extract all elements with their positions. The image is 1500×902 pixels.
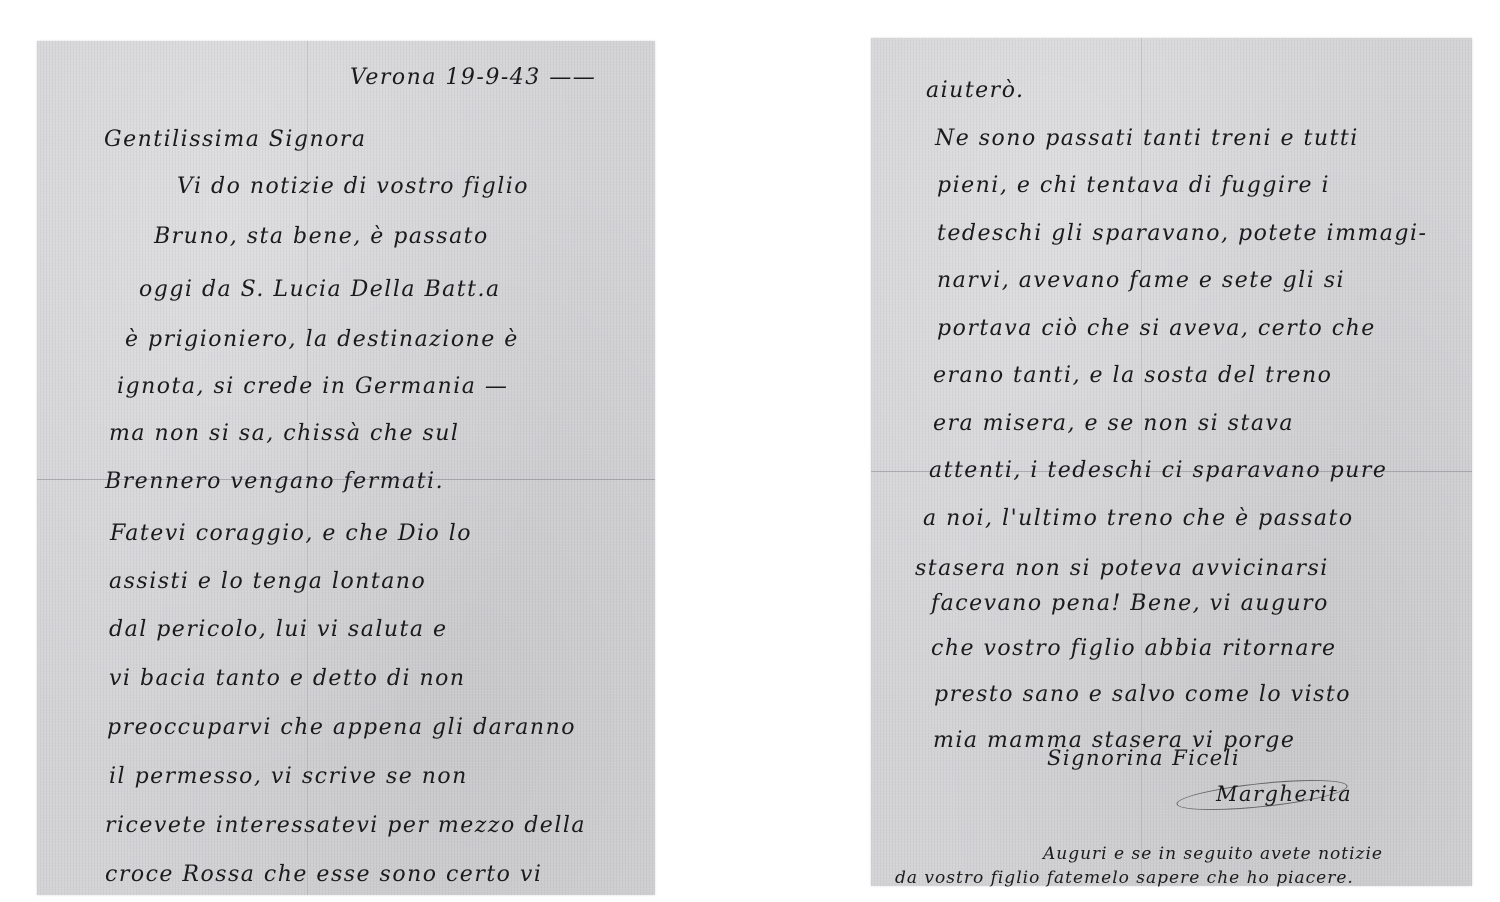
letter-line: ignota, si crede in Germania —	[117, 376, 508, 398]
postscript-line: da vostro figlio fatemelo sapere che ho …	[895, 870, 1354, 887]
signature-line-2: Margherita	[1216, 784, 1352, 805]
letter-line: erano tanti, e la sosta del treno	[933, 365, 1332, 387]
letter-line: narvi, avevano fame e sete gli si	[937, 270, 1345, 292]
letter-salutation: Gentilissima Signora	[104, 129, 367, 151]
letter-line: Ne sono passati tanti treni e tutti	[935, 128, 1359, 150]
letter-line: è prigioniero, la destinazione è	[125, 329, 519, 351]
letter-line: croce Rossa che esse sono certo vi	[105, 864, 542, 886]
letter-line: pieni, e chi tentava di fuggire i	[937, 175, 1330, 197]
letter-line: preoccuparvi che appena gli daranno	[107, 717, 576, 739]
letter-date: Verona 19-9-43 ——	[350, 67, 596, 89]
letter-line: Bruno, sta bene, è passato	[154, 226, 489, 248]
letter-line: Vi do notizie di vostro figlio	[177, 176, 529, 198]
letter-line: dal pericolo, lui vi saluta e	[109, 619, 448, 641]
letter-line: che vostro figlio abbia ritornare	[931, 638, 1337, 660]
letter-page-1: Verona 19-9-43 —— Gentilissima Signora V…	[37, 41, 655, 895]
letter-line: aiuterò.	[926, 80, 1025, 102]
letter-line: a noi, l'ultimo treno che è passato	[923, 508, 1354, 530]
letter-line: stasera non si poteva avvicinarsi	[915, 558, 1329, 580]
letter-line: attenti, i tedeschi ci sparavano pure	[929, 460, 1387, 482]
letter-line: portava ciò che si aveva, certo che	[937, 318, 1376, 340]
letter-line: assisti e lo tenga lontano	[109, 571, 426, 593]
letter-page-2: aiuterò. Ne sono passati tanti treni e t…	[871, 38, 1472, 886]
letter-line: era misera, e se non si stava	[933, 413, 1294, 435]
letter-line: Brennero vengano fermati.	[105, 471, 444, 493]
signature-line-1: Signorina Ficeli	[1047, 748, 1240, 769]
postscript-line: Auguri e se in seguito avete notizie	[1043, 846, 1383, 863]
letter-line: facevano pena! Bene, vi auguro	[931, 593, 1329, 615]
letter-line: tedeschi gli sparavano, potete immagi-	[937, 223, 1427, 245]
letter-line: Fatevi coraggio, e che Dio lo	[110, 523, 472, 545]
letter-line: presto sano e salvo come lo visto	[934, 684, 1351, 706]
letter-line: vi bacia tanto e detto di non	[109, 668, 466, 690]
letter-line: oggi da S. Lucia Della Batt.a	[139, 279, 501, 301]
letter-line: ma non si sa, chissà che sul	[109, 423, 459, 445]
letter-line: ricevete interessatevi per mezzo della	[105, 815, 586, 837]
letter-line: il permesso, vi scrive se non	[109, 766, 468, 788]
